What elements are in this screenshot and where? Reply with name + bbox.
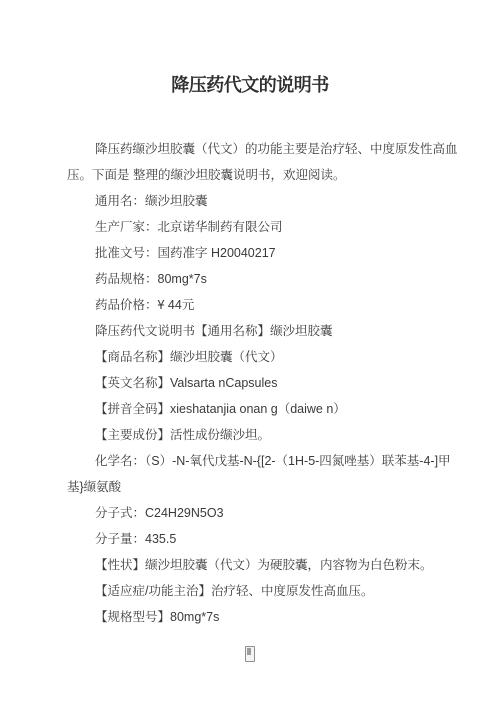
field-pinyin-code: 【拼音全码】xieshatanjia onan g（daiwe n）: [67, 396, 442, 422]
chemical-name-line-1: 化学名：（S）-N-氧代戊基-N-{[2-（1H-5-四氮唑基）联苯基-4-]甲: [67, 448, 442, 474]
page-footer: [0, 646, 500, 667]
field-english-name: 【英文名称】Valsarta nCapsules: [67, 370, 442, 396]
field-indications: 【适应症/功能主治】治疗轻、中度原发性高血压。: [67, 578, 442, 604]
missing-glyph-box-inner: [247, 648, 251, 655]
missing-glyph-box-icon: [245, 646, 255, 662]
document-page: 降压药代文的说明书 降压药缬沙坦胶囊（代文）的功能主要是治疗轻、中度原发性高血 …: [0, 0, 500, 708]
field-generic-name: 通用名：缬沙坦胶囊: [67, 188, 442, 214]
field-molecular-formula: 分子式：C24H29N5O3: [67, 500, 442, 526]
page-title: 降压药代文的说明书: [0, 0, 500, 100]
field-molecular-weight: 分子量：435.5: [67, 526, 442, 552]
chemical-name-line-2: 基}缬氨酸: [67, 474, 442, 500]
intro-line-2: 压。下面是 整理的缬沙坦胶囊说明书，欢迎阅读。: [67, 162, 442, 188]
intro-line-1: 降压药缬沙坦胶囊（代文）的功能主要是治疗轻、中度原发性高血: [67, 136, 442, 162]
field-specification: 药品规格：80mg*7s: [67, 266, 442, 292]
article-body: 降压药缬沙坦胶囊（代文）的功能主要是治疗轻、中度原发性高血 压。下面是 整理的缬…: [0, 136, 500, 630]
field-price: 药品价格：Ұ 44元: [67, 292, 442, 318]
field-description: 【性状】缬沙坦胶囊（代文）为硬胶囊，内容物为白色粉末。: [67, 552, 442, 578]
field-product-name: 【商品名称】缬沙坦胶囊（代文）: [67, 344, 442, 370]
field-approval-number: 批准文号：国药准字 H20040217: [67, 240, 442, 266]
field-model-spec: 【规格型号】80mg*7s: [67, 604, 442, 630]
field-manufacturer: 生产厂家：北京诺华制药有限公司: [67, 214, 442, 240]
section-common-name: 降压药代文说明书【通用名称】缬沙坦胶囊: [67, 318, 442, 344]
field-main-ingredients: 【主要成份】活性成份缬沙坦。: [67, 422, 442, 448]
